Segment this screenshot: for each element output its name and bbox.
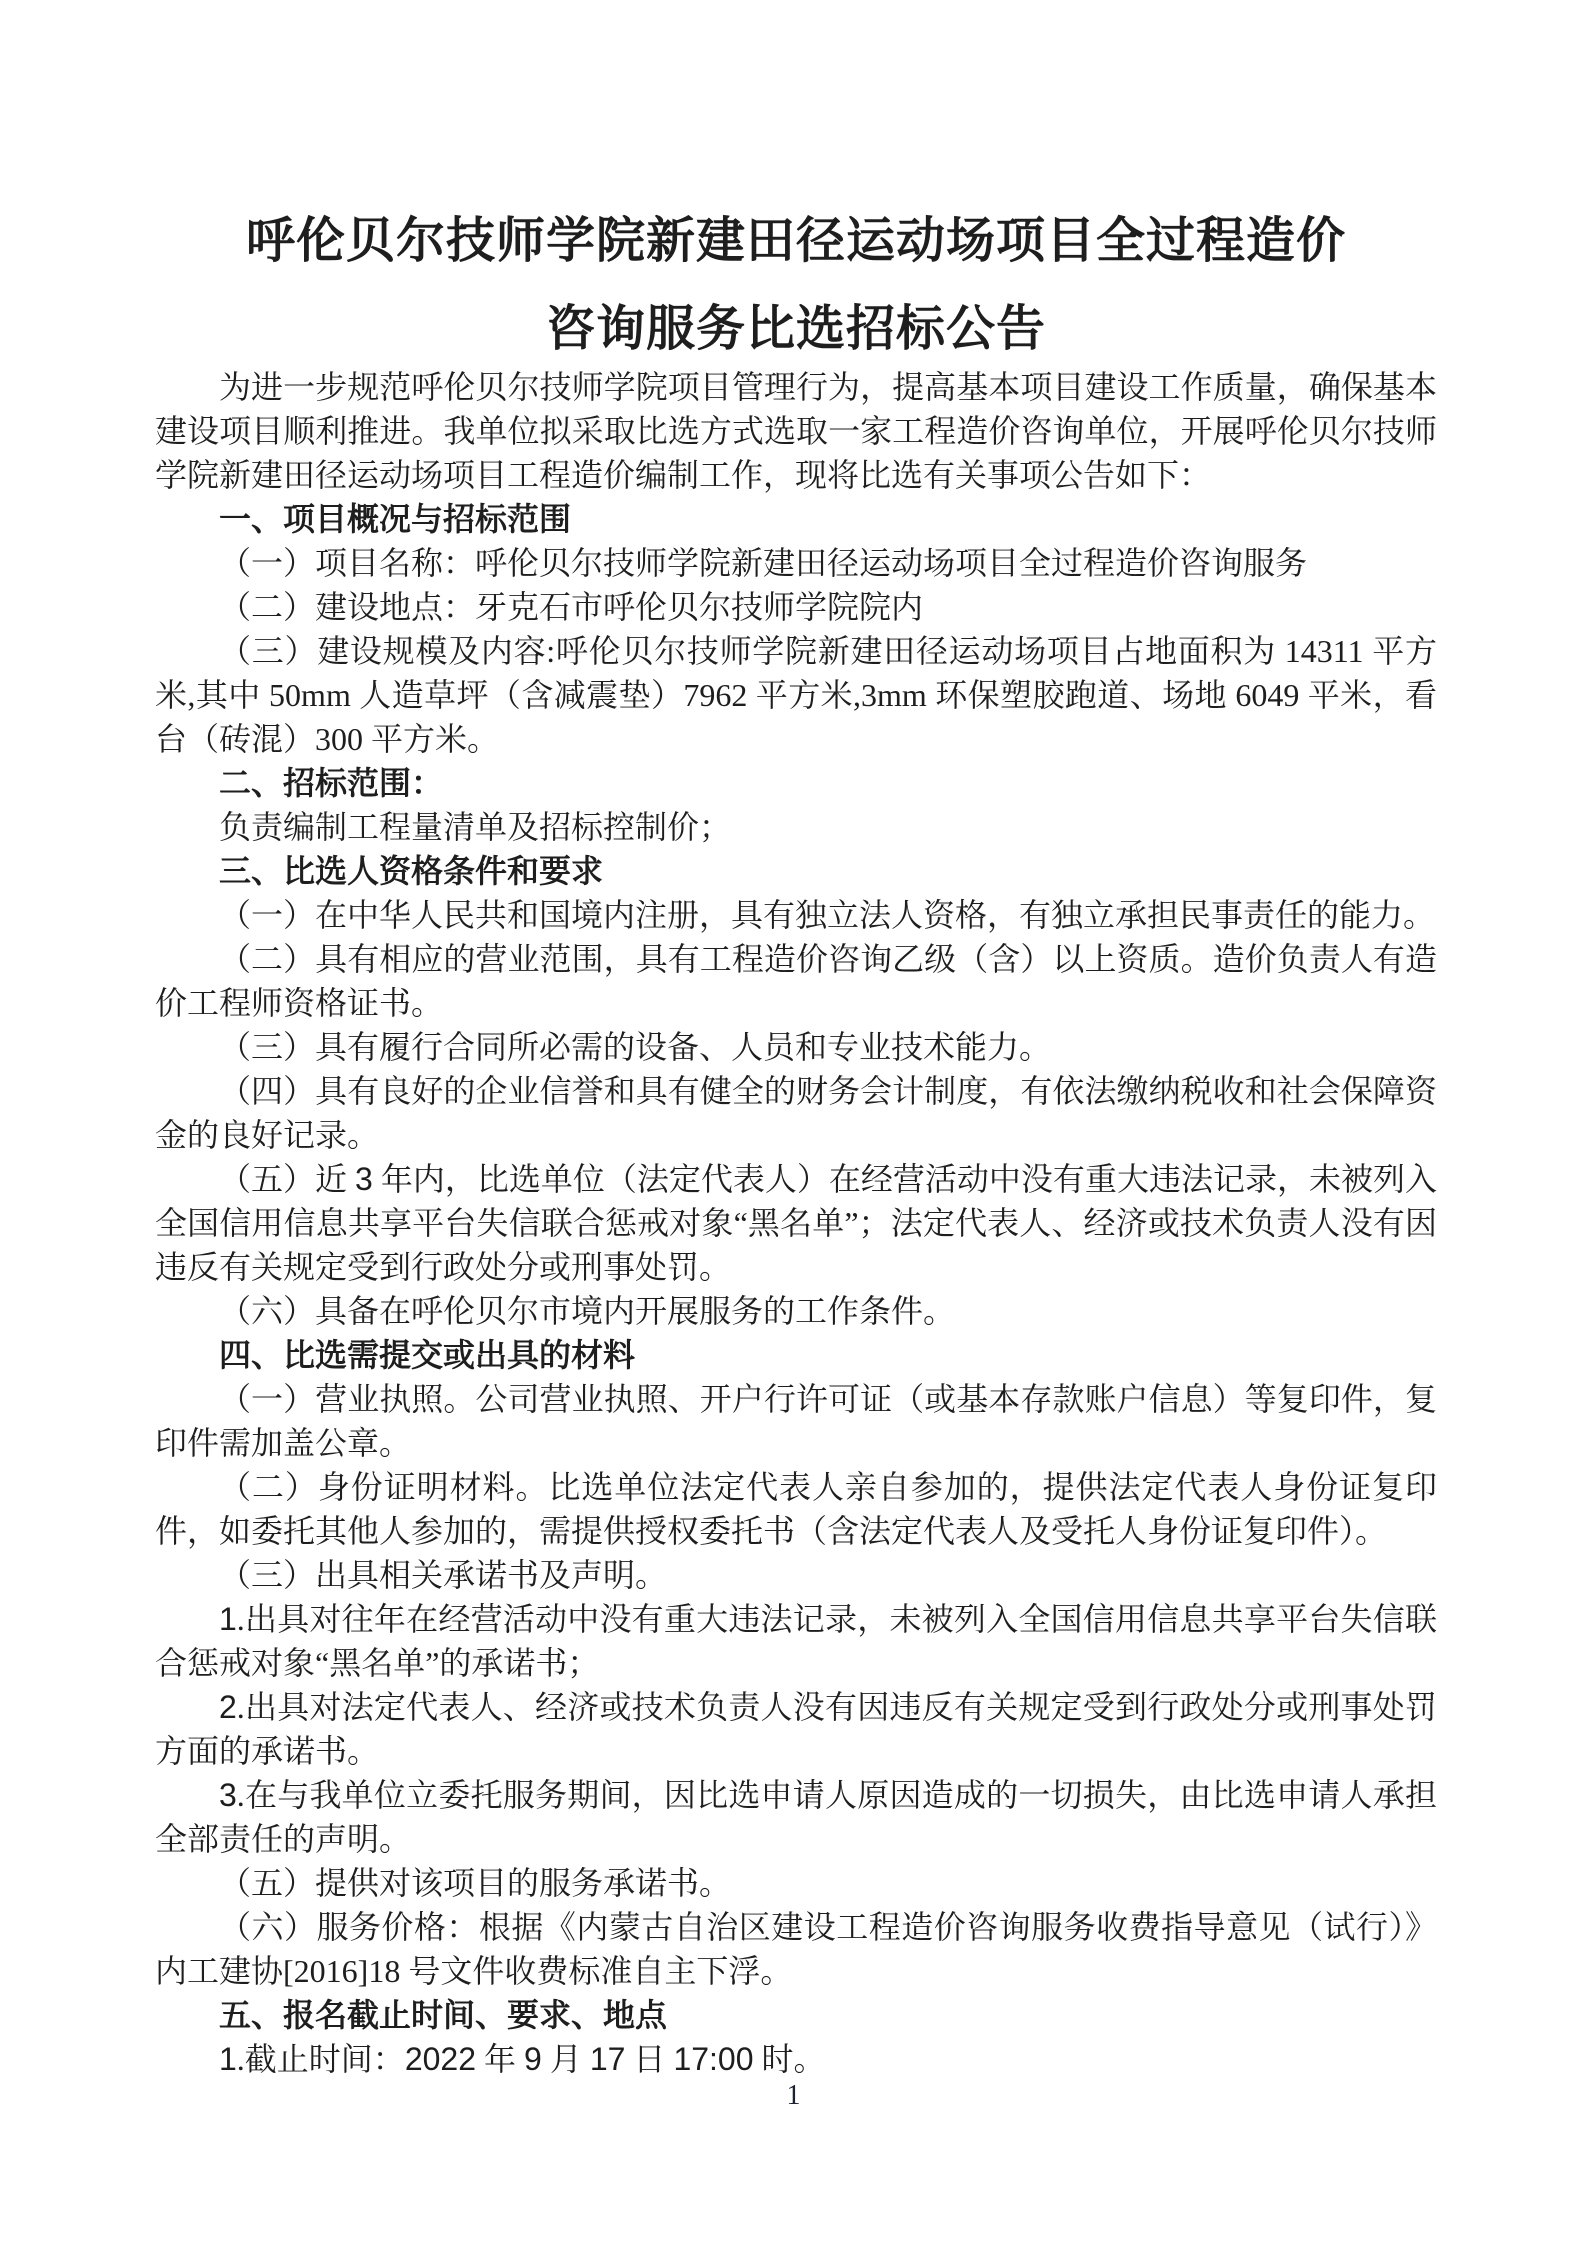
material-item-business-license: （一）营业执照。公司营业执照、开户行许可证（或基本存款账户信息）等复印件，复印件… [155,1377,1437,1465]
qualification-item-4: （四）具有良好的企业信誉和具有健全的财务会计制度，有依法缴纳税收和社会保障资金的… [155,1069,1437,1157]
qualification-item-6: （六）具备在呼伦贝尔市境内开展服务的工作条件。 [155,1289,1437,1333]
material-item-service-price: （六）服务价格：根据《内蒙古自治区建设工程造价咨询服务收费指导意见（试行）》内工… [155,1905,1437,1993]
section-heading-required-materials: 四、比选需提交或出具的材料 [155,1333,1437,1377]
commitment-item-3: 3.在与我单位立委托服务期间，因比选申请人原因造成的一切损失，由比选申请人承担全… [155,1773,1437,1861]
material-item-commitments-heading: （三）出具相关承诺书及声明。 [155,1553,1437,1597]
page-number: 1 [0,2080,1587,2112]
item-construction-location: （二）建设地点：牙克石市呼伦贝尔技师学院院内 [155,585,1437,629]
qualification-item-2: （二）具有相应的营业范围，具有工程造价咨询乙级（含）以上资质。造价负责人有造价工… [155,937,1437,1025]
qualification-item-1: （一）在中华人民共和国境内注册，具有独立法人资格，有独立承担民事责任的能力。 [155,893,1437,937]
item-project-name: （一）项目名称：呼伦贝尔技师学院新建田径运动场项目全过程造价咨询服务 [155,541,1437,585]
document-title-line1: 呼伦贝尔技师学院新建田径运动场项目全过程造价 [155,197,1437,285]
intro-paragraph: 为进一步规范呼伦贝尔技师学院项目管理行为，提高基本项目建设工作质量，确保基本建设… [155,365,1437,497]
commitment-item-2: 2.出具对法定代表人、经济或技术负责人没有因违反有关规定受到行政处分或刑事处罚方… [155,1685,1437,1773]
material-item-service-commitment: （五）提供对该项目的服务承诺书。 [155,1861,1437,1905]
document-content: 呼伦贝尔技师学院新建田径运动场项目全过程造价 咨询服务比选招标公告 为进一步规范… [155,197,1437,2081]
section-heading-registration-deadline: 五、报名截止时间、要求、地点 [155,1993,1437,2037]
section-heading-project-overview: 一、项目概况与招标范围 [155,497,1437,541]
section-heading-qualification: 三、比选人资格条件和要求 [155,849,1437,893]
section-heading-bidding-scope: 二、招标范围： [155,761,1437,805]
item-construction-scale: （三）建设规模及内容:呼伦贝尔技师学院新建田径运动场项目占地面积为 14311 … [155,629,1437,761]
document-title-line2: 咨询服务比选招标公告 [155,285,1437,373]
qualification-item-3: （三）具有履行合同所必需的设备、人员和专业技术能力。 [155,1025,1437,1069]
deadline-item: 1.截止时间：2022 年 9 月 17 日 17:00 时。 [155,2037,1437,2081]
document-title: 呼伦贝尔技师学院新建田径运动场项目全过程造价 咨询服务比选招标公告 [155,197,1437,373]
bidding-scope-text: 负责编制工程量清单及招标控制价； [155,805,1437,849]
document-page: 呼伦贝尔技师学院新建田径运动场项目全过程造价 咨询服务比选招标公告 为进一步规范… [0,0,1587,2245]
commitment-item-1: 1.出具对往年在经营活动中没有重大违法记录，未被列入全国信用信息共享平台失信联合… [155,1597,1437,1685]
material-item-identity-documents: （二）身份证明材料。比选单位法定代表人亲自参加的，提供法定代表人身份证复印件，如… [155,1465,1437,1553]
qualification-item-5: （五）近 3 年内，比选单位（法定代表人）在经营活动中没有重大违法记录，未被列入… [155,1157,1437,1289]
